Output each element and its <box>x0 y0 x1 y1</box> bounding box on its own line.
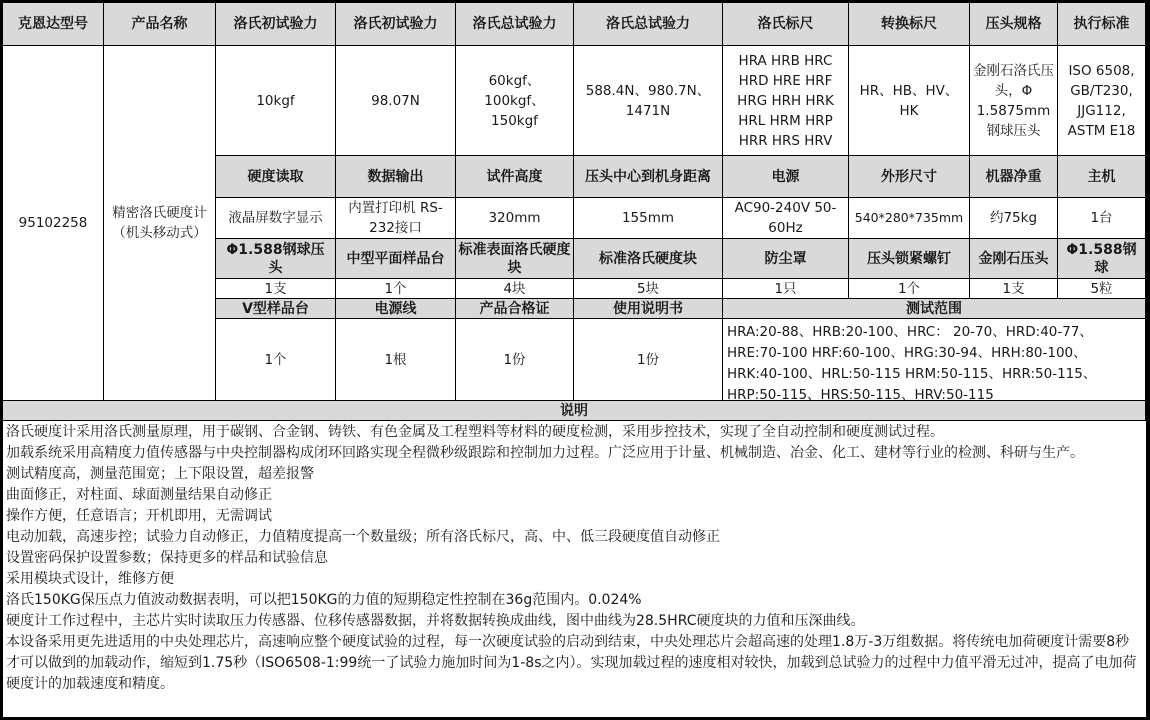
rockwell-scale-value: HRA HRB HRC HRD HRE HRF HRG HRH HRK HRL … <box>723 46 849 156</box>
manual-qty: 1份 <box>574 319 723 401</box>
header-data-output: 数据输出 <box>336 156 456 198</box>
header-power: 电源 <box>723 156 849 198</box>
description-line: 测试精度高，测量范围宽；上下限设置，超差报警 <box>6 464 1143 485</box>
steel-ball-qty: 5粒 <box>1058 279 1146 299</box>
description-line: 洛氏硬度计采用洛氏测量原理，用于碳钢、合金钢、铸铁、有色金属及工程塑料等材料的硬… <box>6 422 1143 443</box>
net-weight-value: 约75kg <box>970 198 1058 239</box>
header-steel-ball: Φ1.588钢球 <box>1058 239 1146 279</box>
test-range-value: HRA:20-88、HRB:20-100、HRC： 20-70、HRD:40-7… <box>723 319 1146 401</box>
hardness-reading-value: 液晶屏数字显示 <box>216 198 336 239</box>
specimen-height-value: 320mm <box>456 198 574 239</box>
test-range-line: HRE:70-100 HRF:60-100、HRG:30-94、HRH:80-1… <box>727 343 1087 364</box>
test-range-line: HRA:20-88、HRB:20-100、HRC： 20-70、HRD:40-7… <box>727 322 1093 343</box>
header-throat-depth: 压头中心到机身距离 <box>574 156 723 198</box>
total-force-n-value: 588.4N、980.7N、1471N <box>574 46 723 156</box>
header-specimen-height: 试件高度 <box>456 156 574 198</box>
header-dust-cover: 防尘罩 <box>723 239 849 279</box>
description-line: 洛氏150KG保压点力值波动数据表明，可以把150KG的力值的短期稳定性控制在3… <box>6 590 1143 611</box>
description-line: 本设备采用更先进适用的中央处理芯片，高速响应整个硬度试验的过程，每一次硬度试验的… <box>6 632 1143 695</box>
description-line: 曲面修正，对柱面、球面测量结果自动修正 <box>6 485 1143 506</box>
header-flat-anvil: 中型平面样品台 <box>336 239 456 279</box>
header-product-name: 产品名称 <box>104 3 216 46</box>
main-unit-value: 1台 <box>1058 198 1146 239</box>
rockwell-block-qty: 5块 <box>574 279 723 299</box>
header-ball-indenter: Φ1.588钢球压头 <box>216 239 336 279</box>
description-body: 洛氏硬度计采用洛氏测量原理，用于碳钢、合金钢、铸铁、有色金属及工程塑料等材料的硬… <box>3 421 1146 717</box>
superficial-block-qty: 4块 <box>456 279 574 299</box>
test-range-line: HRK:40-100、HRL:50-115 HRM:50-115、HRR:50-… <box>727 364 1096 385</box>
initial-force-n-value: 98.07N <box>336 46 456 156</box>
dust-cover-qty: 1只 <box>723 279 849 299</box>
test-range-line: HRP:50-115、HRS:50-115、HRV:50-115 <box>727 385 994 401</box>
conversion-scale-value: HR、HB、HV、HK <box>849 46 970 156</box>
header-main-unit: 主机 <box>1058 156 1146 198</box>
header-model: 克恩达型号 <box>3 3 104 46</box>
description-line: 加载系统采用高精度力值传感器与中央控制器构成闭环回路实现全程微秒级跟踪和控制加力… <box>6 443 1143 464</box>
description-line: 操作方便，任意语言；开机即用，无需调试 <box>6 506 1143 527</box>
description-line: 采用模块式设计，维修方便 <box>6 569 1143 590</box>
flat-anvil-qty: 1个 <box>336 279 456 299</box>
header-rockwell-scale: 洛氏标尺 <box>723 3 849 46</box>
description-title: 说明 <box>3 401 1146 421</box>
indenter-spec-value: 金刚石洛氏压头，Φ 1.5875mm钢球压头 <box>970 46 1058 156</box>
throat-depth-value: 155mm <box>574 198 723 239</box>
product-name: 精密洛氏硬度计（机头移动式） <box>104 46 216 401</box>
certificate-qty: 1份 <box>456 319 574 401</box>
description-line: 设置密码保护设置参数；保持更多的样品和试验信息 <box>6 548 1143 569</box>
header-total-force-n: 洛氏总试验力 <box>574 3 723 46</box>
header-hardness-reading: 硬度读取 <box>216 156 336 198</box>
diamond-indenter-qty: 1支 <box>970 279 1058 299</box>
total-force-kgf-value: 60kgf、100kgf、150kgf <box>456 46 574 156</box>
data-output-value: 内置打印机 RS-232接口 <box>336 198 456 239</box>
description-line: 电动加载，高速步控；试验力自动修正，力值精度提高一个数量级；所有洛氏标尺，高、中… <box>6 527 1143 548</box>
dimensions-value: 540*280*735mm <box>849 198 970 239</box>
header-standard: 执行标准 <box>1058 3 1146 46</box>
header-superficial-block: 标准表面洛氏硬度块 <box>456 239 574 279</box>
header-certificate: 产品合格证 <box>456 299 574 319</box>
header-initial-force-n: 洛氏初试验力 <box>336 3 456 46</box>
header-diamond-indenter: 金刚石压头 <box>970 239 1058 279</box>
header-v-anvil: V型样品台 <box>216 299 336 319</box>
header-manual: 使用说明书 <box>574 299 723 319</box>
power-cord-qty: 1根 <box>336 319 456 401</box>
header-total-force-kgf: 洛氏总试验力 <box>456 3 574 46</box>
standard-value: ISO 6508, GB/T230, JJG112, ASTM E18 <box>1058 46 1146 156</box>
header-net-weight: 机器净重 <box>970 156 1058 198</box>
model-number: 95102258 <box>3 46 104 401</box>
header-power-cord: 电源线 <box>336 299 456 319</box>
header-initial-force-kgf: 洛氏初试验力 <box>216 3 336 46</box>
header-conversion-scale: 转换标尺 <box>849 3 970 46</box>
ball-indenter-qty: 1支 <box>216 279 336 299</box>
header-dimensions: 外形尺寸 <box>849 156 970 198</box>
header-indenter-spec: 压头规格 <box>970 3 1058 46</box>
initial-force-kgf-value: 10kgf <box>216 46 336 156</box>
header-indenter-screw: 压头锁紧螺钉 <box>849 239 970 279</box>
header-rockwell-block: 标准洛氏硬度块 <box>574 239 723 279</box>
v-anvil-qty: 1个 <box>216 319 336 401</box>
description-line: 硬度计工作过程中，主芯片实时读取压力传感器、位移传感器数据，并将数据转换成曲线，… <box>6 611 1143 632</box>
header-test-range: 测试范围 <box>723 299 1146 319</box>
power-value: AC90-240V 50-60Hz <box>723 198 849 239</box>
indenter-screw-qty: 1个 <box>849 279 970 299</box>
